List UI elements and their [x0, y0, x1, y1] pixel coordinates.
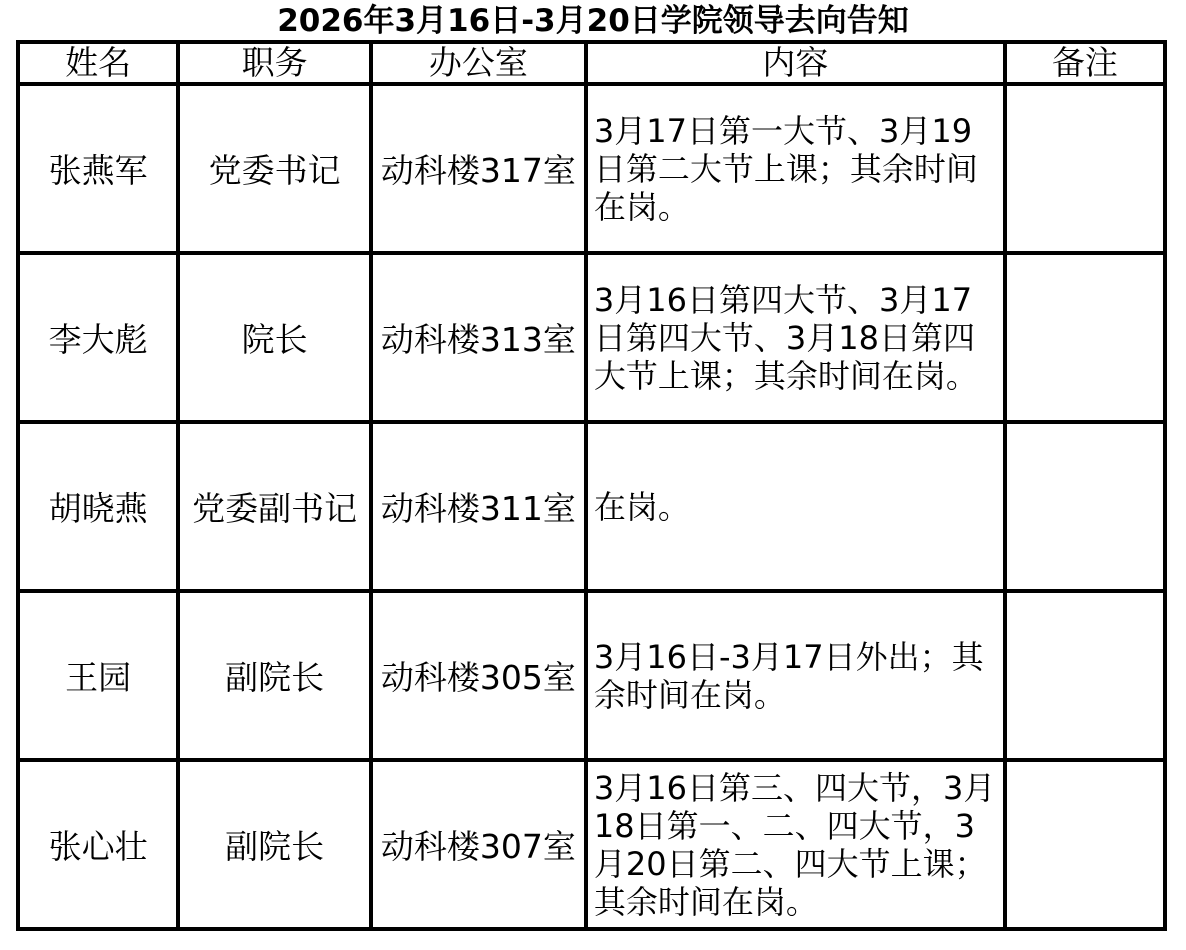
table-row: 张燕军 党委书记 动科楼317室 3月17日第一大节、3月19日第二大节上课；其… [18, 84, 1165, 253]
cell-name: 张心壮 [18, 760, 178, 929]
cell-office: 动科楼317室 [371, 84, 586, 253]
cell-note [1005, 760, 1165, 929]
cell-name: 张燕军 [18, 84, 178, 253]
cell-note [1005, 253, 1165, 422]
cell-note [1005, 422, 1165, 591]
header-content: 内容 [586, 42, 1005, 84]
header-note: 备注 [1005, 42, 1165, 84]
cell-office: 动科楼313室 [371, 253, 586, 422]
document-title: 2026年3月16日-3月20日学院领导去向告知 [0, 0, 1186, 40]
cell-position: 院长 [178, 253, 371, 422]
cell-content: 在岗。 [586, 422, 1005, 591]
cell-name: 胡晓燕 [18, 422, 178, 591]
cell-note [1005, 84, 1165, 253]
cell-position: 党委副书记 [178, 422, 371, 591]
header-name: 姓名 [18, 42, 178, 84]
leader-schedule-table: 姓名 职务 办公室 内容 备注 张燕军 党委书记 动科楼317室 3月17日第一… [16, 40, 1167, 931]
table-row: 李大彪 院长 动科楼313室 3月16日第四大节、3月17日第四大节、3月18日… [18, 253, 1165, 422]
table-row: 王园 副院长 动科楼305室 3月16日-3月17日外出；其余时间在岗。 [18, 591, 1165, 760]
table-row: 胡晓燕 党委副书记 动科楼311室 在岗。 [18, 422, 1165, 591]
cell-name: 李大彪 [18, 253, 178, 422]
cell-content: 3月16日第三、四大节，3月18日第一、二、四大节，3月20日第二、四大节上课；… [586, 760, 1005, 929]
header-row: 姓名 职务 办公室 内容 备注 [18, 42, 1165, 84]
cell-note [1005, 591, 1165, 760]
cell-position: 副院长 [178, 760, 371, 929]
cell-content: 3月16日-3月17日外出；其余时间在岗。 [586, 591, 1005, 760]
cell-position: 党委书记 [178, 84, 371, 253]
table-row: 张心壮 副院长 动科楼307室 3月16日第三、四大节，3月18日第一、二、四大… [18, 760, 1165, 929]
header-office: 办公室 [371, 42, 586, 84]
cell-office: 动科楼307室 [371, 760, 586, 929]
cell-office: 动科楼305室 [371, 591, 586, 760]
cell-name: 王园 [18, 591, 178, 760]
cell-content: 3月17日第一大节、3月19日第二大节上课；其余时间在岗。 [586, 84, 1005, 253]
cell-position: 副院长 [178, 591, 371, 760]
cell-content: 3月16日第四大节、3月17日第四大节、3月18日第四大节上课；其余时间在岗。 [586, 253, 1005, 422]
cell-office: 动科楼311室 [371, 422, 586, 591]
header-position: 职务 [178, 42, 371, 84]
